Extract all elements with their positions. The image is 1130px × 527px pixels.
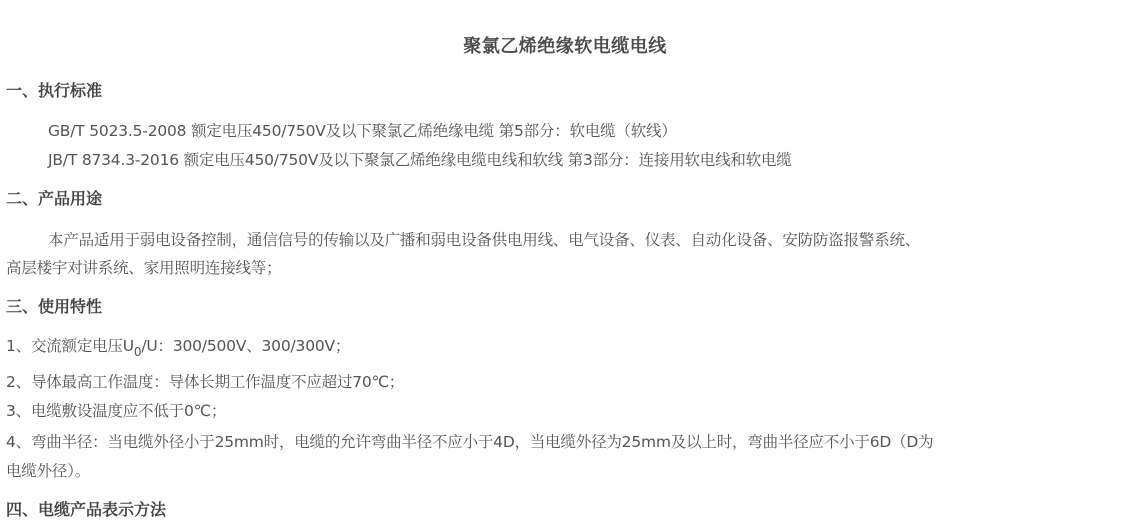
characteristic-item-2: 2、导体最高工作温度：导体长期工作温度不应超过70℃； xyxy=(6,370,404,392)
usage-paragraph-line1: 本产品适用于弱电设备控制，通信信号的传输以及广播和弱电设备供电用线、电气设备、仪… xyxy=(48,228,920,250)
section-heading-characteristics: 三、使用特性 xyxy=(6,294,102,317)
item1-prefix: 1、交流额定电压U xyxy=(6,337,134,355)
characteristic-item-1: 1、交流额定电压U0/U：300/500V、300/300V； xyxy=(6,334,350,356)
usage-paragraph-line2: 高层楼宇对讲系统、家用照明连接线等； xyxy=(6,256,281,278)
characteristic-item-3: 3、电缆敷设温度应不低于0℃； xyxy=(6,399,226,421)
standard-line-gb: GB/T 5023.5-2008 额定电压450/750V及以下聚氯乙烯绝缘电缆… xyxy=(48,119,677,141)
characteristic-item-4-line2: 电缆外径）。 xyxy=(6,459,90,481)
characteristic-item-4-line1: 4、弯曲半径：当电缆外径小于25mm时，电缆的允许弯曲半径不应小于4D，当电缆外… xyxy=(6,430,933,452)
section-heading-standards: 一、执行标准 xyxy=(6,78,102,101)
document-title: 聚氯乙烯绝缘软电缆电线 xyxy=(0,32,1130,58)
section-heading-representation: 四、电缆产品表示方法 xyxy=(6,497,166,520)
standard-line-jb: JB/T 8734.3-2016 额定电压450/750V及以下聚氯乙烯绝缘电缆… xyxy=(48,148,792,170)
item1-suffix: /U：300/500V、300/300V； xyxy=(141,337,350,355)
section-heading-usage: 二、产品用途 xyxy=(6,186,102,209)
